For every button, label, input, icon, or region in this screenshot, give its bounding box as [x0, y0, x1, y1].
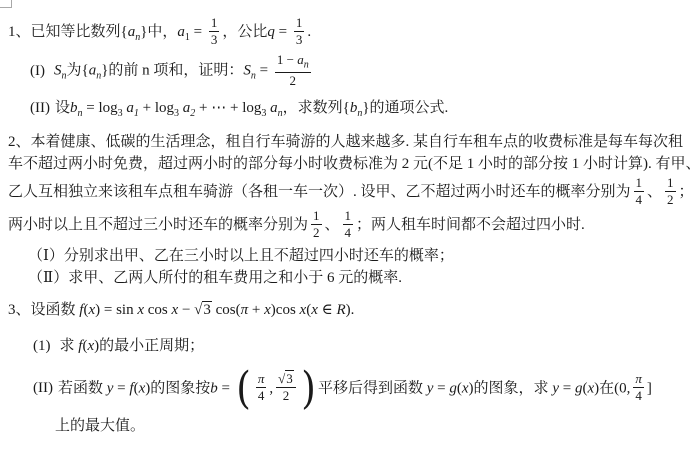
fraction: 13	[209, 16, 220, 47]
problem-2-part-2: （Ⅱ）求甲、乙两人所付的租车费用之和小于 6 元的概率.	[8, 267, 692, 289]
text: 车不超过两小时免费，超过两小时的部分每小时收费标准为 2 元(不足 1 小时的部…	[8, 156, 698, 172]
equals: =	[100, 302, 116, 318]
fraction: 12	[665, 176, 676, 207]
fraction-denominator: 2	[665, 192, 676, 207]
text: 的最小正周期；	[99, 338, 204, 354]
text: .	[307, 24, 311, 40]
equals: =	[559, 380, 575, 396]
equals: =	[190, 24, 206, 40]
radicand: 3	[285, 370, 294, 386]
log-base: 3	[174, 108, 179, 119]
sin-operator: sin	[116, 302, 137, 318]
text: 求	[60, 338, 75, 354]
fraction: √32	[276, 372, 296, 403]
fraction: π4	[633, 372, 644, 403]
fraction-denominator: 4	[634, 192, 645, 207]
text: 1、已知等比数列{	[8, 24, 128, 40]
fraction-denominator: 3	[209, 32, 220, 47]
fraction-denominator: 2	[311, 225, 322, 240]
text: （Ⅱ）求甲、乙两人所付的租车费用之和小于 6 元的概率.	[28, 270, 402, 286]
math-var: g	[449, 380, 457, 396]
text: 、	[325, 217, 340, 233]
plus: +	[139, 100, 155, 116]
log-base: 3	[118, 108, 123, 119]
fraction-numerator: 1	[665, 176, 676, 192]
part-label: (1)	[33, 338, 51, 354]
fraction-denominator: 3	[294, 32, 305, 47]
minus: −	[178, 302, 194, 318]
text: 在(0,	[599, 380, 630, 396]
fraction-denominator: 2	[275, 73, 311, 88]
text: }的前 n 项和，证明：	[101, 63, 243, 79]
part-label: (I)	[30, 63, 45, 79]
problem-2-statement-line1: 2、本着健康、低碳的生活理念，租自行车骑游的人越来越多. 某自行车租车点的收费标…	[8, 131, 692, 153]
fraction-numerator: √3	[276, 372, 296, 388]
fraction-denominator: 4	[343, 225, 354, 240]
text: 的图象按	[150, 380, 210, 396]
equals: =	[83, 100, 99, 116]
math-var: y	[552, 380, 559, 396]
text: ，求数列{	[283, 100, 350, 116]
problem-1-part-1: (I)Sn为{an}的前 n 项和，证明：Sn = 1 − an2	[8, 54, 692, 89]
part-label: (II)	[33, 380, 53, 396]
problem-3-part-2-continued: 上的最大值。	[8, 415, 692, 437]
fraction: 14	[634, 176, 645, 207]
math-problem-sheet: 1、已知等比数列{an}中，a1 = 13，公比q = 13. (I)Sn为{a…	[0, 0, 698, 475]
fraction-numerator: π	[256, 372, 267, 388]
log-operator: log	[242, 100, 261, 116]
problem-3-statement: 3、设函数 f(x) = sin x cos x − √3 cos(π + x)…	[8, 299, 692, 321]
fraction-denominator: 2	[276, 388, 296, 403]
problem-2-statement-line2: 车不超过两小时免费，超过两小时的部分每小时收费标准为 2 元(不足 1 小时的部…	[8, 153, 692, 175]
cos-operator: cos	[276, 302, 300, 318]
document-content: 1、已知等比数列{an}中，a1 = 13，公比q = 13. (I)Sn为{a…	[0, 0, 698, 437]
cos-operator: cos(	[212, 302, 241, 318]
equals: =	[113, 380, 129, 396]
text: 设	[55, 100, 70, 116]
math-var: q	[267, 24, 275, 40]
math-var: R	[337, 302, 346, 318]
text: }中，	[140, 24, 177, 40]
problem-3-part-1: (1)求 f(x)的最小正周期；	[8, 335, 692, 357]
math-sub: n	[304, 60, 309, 71]
big-open-paren: (	[236, 367, 251, 411]
fraction-numerator: 1	[634, 176, 645, 192]
math-var: x	[137, 302, 144, 318]
plus: +	[248, 302, 264, 318]
fraction: 1 − an2	[275, 53, 311, 88]
math-var: b	[210, 380, 218, 396]
fraction-denominator: 4	[256, 388, 267, 403]
equals: =	[275, 24, 291, 40]
fraction: 13	[294, 16, 305, 47]
text: 平移后得到函数	[318, 380, 423, 396]
part-label: (II)	[30, 100, 50, 116]
math-var: S	[54, 63, 62, 79]
text: ；两人租车时间都不会超过四小时.	[356, 217, 585, 233]
fraction: 14	[343, 209, 354, 240]
math-var: a	[177, 24, 185, 40]
big-close-paren: )	[301, 367, 316, 411]
text: 乙人互相独立来该租车点租车骑游（各租一车一次）. 设甲、乙不超过两小时还车的概率…	[8, 184, 631, 200]
fraction-numerator: 1	[294, 16, 305, 32]
cos-operator: cos	[148, 302, 172, 318]
log-base: 3	[261, 108, 266, 119]
fraction-numerator: 1	[209, 16, 220, 32]
bracket: ]	[647, 380, 652, 396]
fraction: π4	[256, 372, 267, 403]
text: 2、本着健康、低碳的生活理念，租自行车骑游的人越来越多. 某自行车租车点的收费标…	[8, 134, 683, 150]
math-var: x	[462, 380, 469, 396]
problem-2-part-1: （Ⅰ）分别求出甲、乙在三小时以上且不超过四小时还车的概率；	[8, 245, 692, 267]
sqrt-radical: √3	[194, 301, 212, 318]
fraction: 12	[311, 209, 322, 240]
problem-3-part-2: (II)若函数 y = f(x)的图象按b = (π4,√32)平移后得到函数 …	[8, 367, 692, 411]
text: 为{	[67, 63, 89, 79]
math-var: x	[264, 302, 271, 318]
problem-2-statement-line3: 乙人互相独立来该租车点租车骑游（各租一车一次）. 设甲、乙不超过两小时还车的概率…	[8, 177, 692, 208]
paren: ).	[346, 302, 355, 318]
text: 上的最大值。	[55, 418, 145, 434]
math-var: b	[70, 100, 78, 116]
corner-mark	[0, 0, 12, 8]
math-var: a	[126, 100, 134, 116]
text: （Ⅰ）分别求出甲、乙在三小时以上且不超过四小时还车的概率；	[28, 248, 454, 264]
log-operator: log	[98, 100, 117, 116]
problem-1-statement: 1、已知等比数列{an}中，a1 = 13，公比q = 13.	[8, 17, 692, 48]
element-of: ∈	[318, 302, 337, 318]
log-operator: log	[155, 100, 174, 116]
fraction-numerator: 1	[343, 209, 354, 225]
math-var: x	[311, 302, 318, 318]
text: 1 −	[277, 52, 297, 67]
problem-2-statement-line4: 两小时以上且不超过三小时还车的概率分别为12、14；两人租车时间都不会超过四小时…	[8, 210, 692, 241]
text: }的通项公式.	[362, 100, 448, 116]
math-var: a	[270, 100, 278, 116]
radicand: 3	[202, 301, 212, 318]
ellipsis: + ⋯ +	[195, 100, 242, 116]
text: 两小时以上且不超过三小时还车的概率分别为	[8, 217, 308, 233]
fraction-numerator: 1 − an	[275, 53, 311, 73]
equals: =	[256, 63, 272, 79]
text: 的图象，求	[474, 380, 549, 396]
text: 若函数	[58, 380, 103, 396]
text: 3、设函数	[8, 302, 76, 318]
problem-1-part-2: (II)设bn = log3 a1 + log3 a2 + ⋯ + log3 a…	[8, 97, 692, 119]
math-var: S	[243, 63, 251, 79]
text: ；	[679, 184, 694, 200]
equals: =	[218, 380, 234, 396]
fraction-numerator: 1	[311, 209, 322, 225]
comma: ,	[269, 380, 273, 396]
fraction-denominator: 4	[633, 388, 644, 403]
equals: =	[433, 380, 449, 396]
text: ，公比	[222, 24, 267, 40]
fraction-numerator: π	[633, 372, 644, 388]
text: 、	[647, 184, 662, 200]
